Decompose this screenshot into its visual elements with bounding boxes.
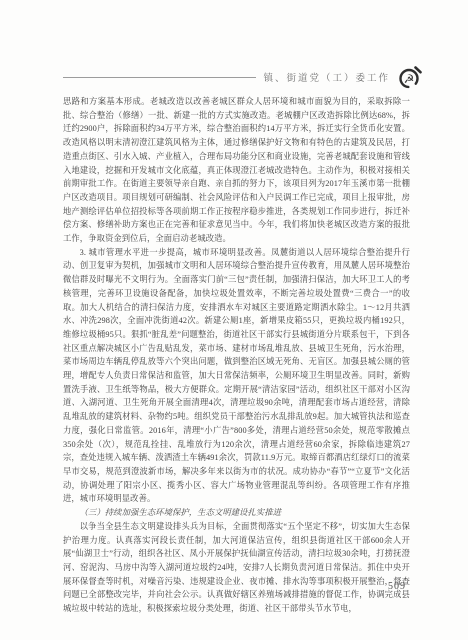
section-heading-ecology: （三）持续加强生态环境保护，生态文明建设扎实推进 [63,506,410,520]
paragraph-ecology-protection: 以争当全县生态文明建设排头兵为目标，全面贯彻落实“五个坚定不移”，切实加大生态保… [63,520,410,616]
body-text: 思路和方案基本形成。老城改造以改善老城区群众人居环境和城市面貌为目的，采取拆除一… [63,95,410,616]
page-number: 509 [388,581,406,592]
hammer-sickle-glyph: ☭ [404,72,415,86]
running-header: 镇、街道党（工）委工作 ☭ [63,66,422,88]
running-header-title: 镇、街道党（工）委工作 [263,70,390,84]
paragraph-city-management: 3. 城市管理水平进一步提高，城市环境明显改善。凤麓街道以人居环境综合整治提升行… [63,246,410,506]
party-emblem-icon: ☭ [397,66,422,89]
header-rule [63,77,256,78]
paragraph-old-town-renovation: 思路和方案基本形成。老城改造以改善老城区群众人居环境和城市面貌为目的，采取拆除一… [63,95,410,246]
document-page: 镇、街道党（工）委工作 ☭ 思路和方案基本形成。老城改造以改善老城区群众人居环境… [0,0,468,640]
